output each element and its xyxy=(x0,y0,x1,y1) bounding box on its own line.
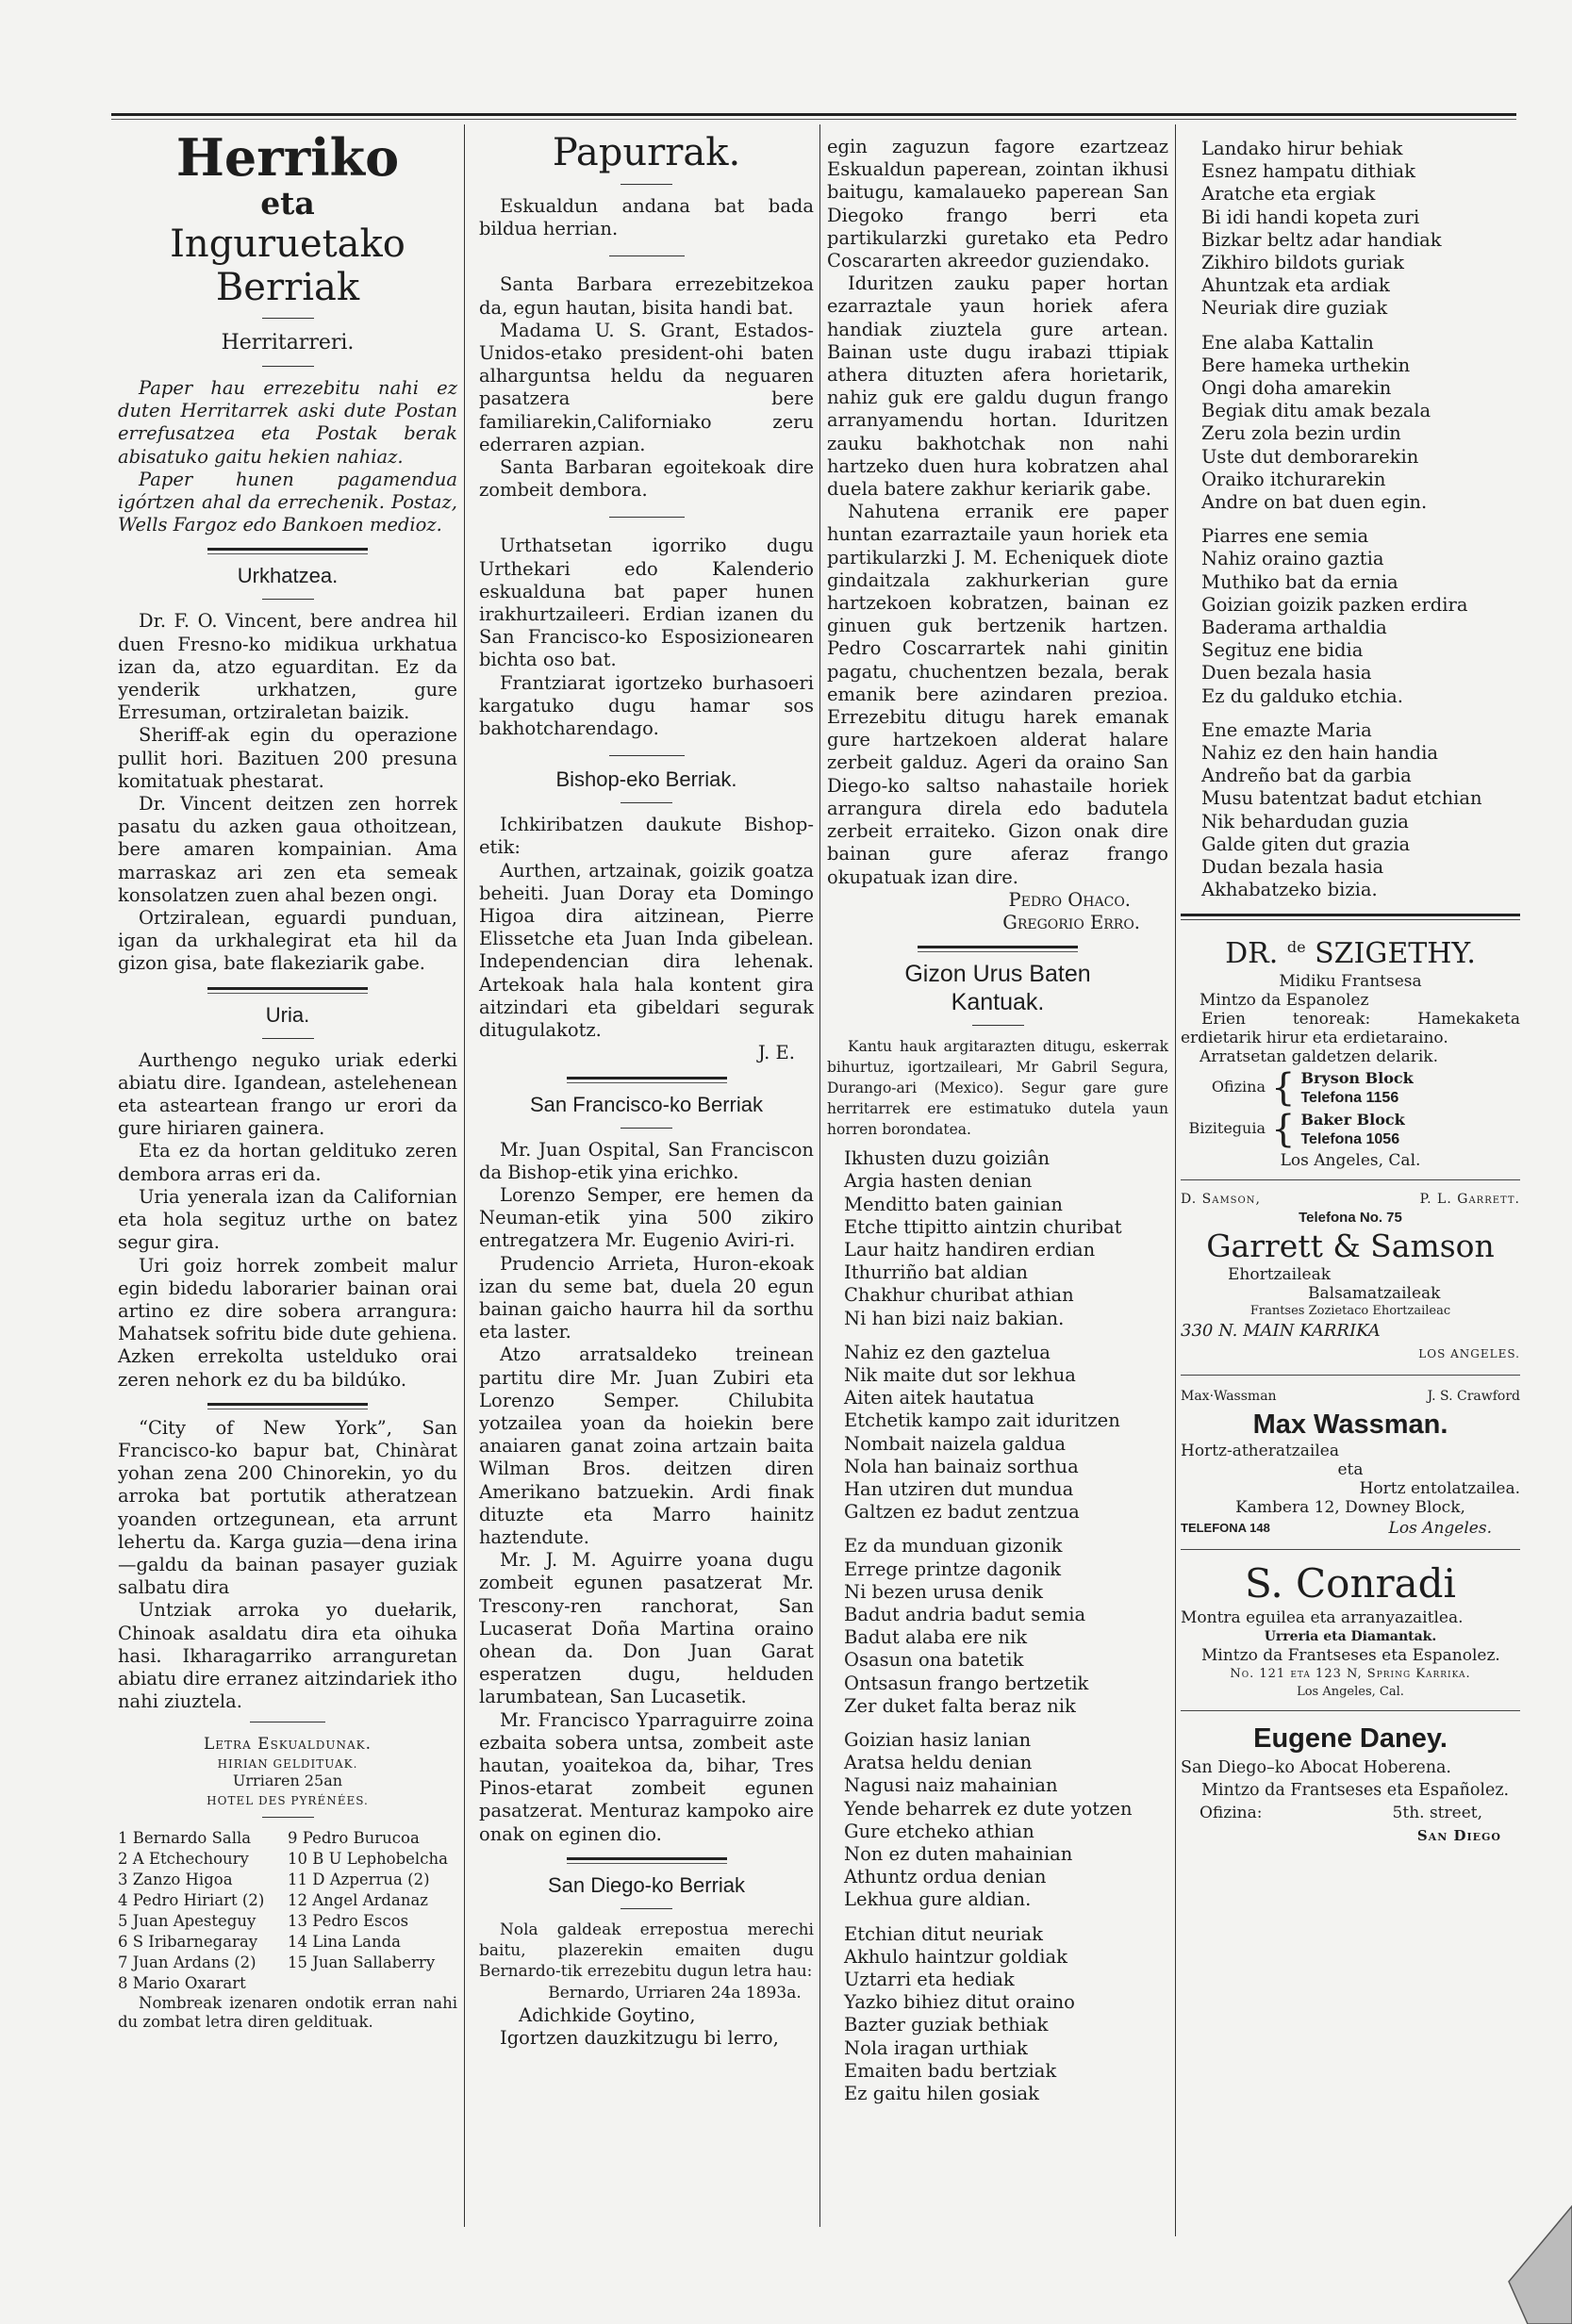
ad-title: DR. de SZIGETHY. xyxy=(1181,930,1520,972)
poem-line: Nola han bainaiz sorthua xyxy=(844,1456,1168,1478)
poem-line: Ez da munduan gizonik xyxy=(844,1535,1168,1558)
paragraph: Eskualdun andana bat bada bildua herrian… xyxy=(479,195,814,240)
section-heading: Kantuak. xyxy=(827,988,1168,1016)
poem-line: Landako hirur behiak xyxy=(1201,138,1520,160)
paragraph: Untziak arroka yo duełarik, Chinoak asal… xyxy=(118,1599,457,1713)
home-label: Biziteguia xyxy=(1181,1117,1271,1140)
poem-line: Bizkar beltz adar handiak xyxy=(1201,229,1520,252)
top-rule xyxy=(111,113,1516,116)
list-item: 5 Juan Apesteguy xyxy=(118,1911,288,1932)
poem-line: Goizian goizik pazken erdira xyxy=(1201,594,1520,617)
ad-eugene-daney: Eugene Daney. San Diego–ko Abocat Hobere… xyxy=(1181,1721,1520,1847)
poem-line: Yende beharrek ez dute yotzen xyxy=(844,1798,1168,1821)
poem-line: Aratsa heldu denian xyxy=(844,1752,1168,1774)
ad-szigethy: DR. de SZIGETHY. Midiku Frantsesa Mintzo… xyxy=(1181,930,1520,1170)
column-1: Herriko eta Inguruetako Berriak Herritar… xyxy=(118,124,457,2032)
signature: Gregorio Erro. xyxy=(827,912,1140,934)
double-divider xyxy=(567,1077,727,1083)
ad-line: Mintzo da Frantseses eta Espanolez. xyxy=(1181,1646,1520,1665)
divider xyxy=(1181,1179,1520,1180)
poem-line: Nombait naizela galdua xyxy=(844,1433,1168,1456)
ad-garrett-samson: D. Samson, P. L. Garrett. Telefona No. 7… xyxy=(1181,1190,1520,1365)
paragraph: Lorenzo Semper, ere hemen da Neuman-etik… xyxy=(479,1184,814,1253)
poem-line: Duen bezala hasia xyxy=(1201,662,1520,684)
stanza: Etchian ditut neuriak Akhulo haintzur go… xyxy=(844,1923,1168,2106)
ad-city: Los Angeles, Cal. xyxy=(1181,1684,1520,1701)
poem-line: Goizian hasiz lanian xyxy=(844,1729,1168,1752)
stanza: Ene alaba Kattalin Bere hameka urthekin … xyxy=(1201,332,1520,515)
poem-line: Piarres ene semia xyxy=(1201,525,1520,548)
brace-icon: { xyxy=(1271,1069,1300,1107)
ad-phone: Telefona No. 75 xyxy=(1181,1209,1520,1228)
paragraph: Mr. Juan Ospital, San Franciscon da Bish… xyxy=(479,1139,814,1184)
divider xyxy=(262,599,314,600)
hotel-name: HOTEL DES PYRÉNÉES. xyxy=(118,1793,457,1808)
ad-line: Arratsetan galdetzen delarik. xyxy=(1181,1047,1520,1066)
paragraph: Uri goiz horrek zombeit malur egin bided… xyxy=(118,1255,457,1392)
poem-line: Ni bezen urusa denik xyxy=(844,1581,1168,1604)
list-item: 13 Pedro Escos xyxy=(288,1911,457,1932)
office-label: Ofizina xyxy=(1181,1076,1271,1098)
poem-line: Ene emazte Maria xyxy=(1201,719,1520,742)
ad-line: Balsamatzaileak xyxy=(1181,1284,1520,1303)
office-city: San Diego xyxy=(1181,1824,1520,1847)
poem-line: Yazko bihiez ditut oraino xyxy=(844,1991,1168,2014)
divider xyxy=(621,1128,672,1129)
subheading: HIRIAN GELDITUAK. xyxy=(118,1756,457,1772)
poem-line: Argia hasten denian xyxy=(844,1170,1168,1193)
poem-line: Neuriak dire guziak xyxy=(1201,297,1520,320)
poem-line: Ene alaba Kattalin xyxy=(1201,332,1520,354)
letters-list: 1 Bernardo Salla 2 A Etchechoury 3 Zanzo… xyxy=(118,1828,457,1994)
stanza: Ez da munduan gizonik Errege printze dag… xyxy=(844,1535,1168,1718)
ad-name-left: Max·Wassman xyxy=(1181,1385,1277,1408)
poem-line: Etchetik kampo zait iduritzen xyxy=(844,1409,1168,1432)
home-info: Biziteguia { Baker Block Telefona 1056 xyxy=(1181,1110,1520,1149)
divider xyxy=(972,1025,1024,1026)
poem-line: Athuntz ordua denian xyxy=(844,1866,1168,1888)
signature: Pedro Ohaco. xyxy=(827,889,1131,912)
section-heading: Urkhatzea. xyxy=(118,562,457,590)
poem-line: Bi idi handi kopeta zuri xyxy=(1201,206,1520,229)
double-divider xyxy=(207,987,368,994)
list-item: 12 Angel Ardanaz xyxy=(288,1890,457,1911)
masthead-eta: eta xyxy=(118,187,457,221)
ad-title-part: de xyxy=(1287,938,1306,956)
paragraph: Madama U. S. Grant, Estados-Unidos-etako… xyxy=(479,320,814,456)
letters-list-left: 1 Bernardo Salla 2 A Etchechoury 3 Zanzo… xyxy=(118,1828,288,1994)
ad-title: Eugene Daney. xyxy=(1181,1721,1520,1756)
paragraph: Urthatsetan igorriko dugu Urthekari edo … xyxy=(479,535,814,671)
divider xyxy=(1181,1549,1520,1550)
paragraph: Nahutena erranik ere paper huntan ezarra… xyxy=(827,501,1168,888)
ad-address: No. 121 eta 123 N, Spring Karrika. xyxy=(1181,1665,1520,1684)
list-item: 15 Juan Sallaberry xyxy=(288,1953,457,1973)
ad-line: Mintzo da Espanolez xyxy=(1181,991,1520,1010)
letters-list-right: 9 Pedro Burucoa 10 B U Lephobelcha 11 D … xyxy=(288,1828,457,1994)
list-item: 8 Mario Oxarart xyxy=(118,1973,288,1994)
ad-line: San Diego–ko Abocat Hoberena. xyxy=(1181,1756,1520,1779)
poem-line: Zeru zola bezin urdin xyxy=(1201,422,1520,445)
ad-contact: TELEFONA 148 Los Angeles. xyxy=(1181,1517,1520,1540)
stanza: Ikhusten duzu goiziân Argia hasten denia… xyxy=(844,1147,1168,1330)
section-heading: Herritarreri. xyxy=(118,329,457,357)
poem-line: Musu batentzat badut etchian xyxy=(1201,787,1520,810)
divider xyxy=(609,255,685,256)
paragraph: Mr. J. M. Aguirre yoana dugu zombeit egu… xyxy=(479,1549,814,1708)
paragraph: Aurthen, artzainak, goizik goatza beheit… xyxy=(479,860,814,1043)
poem-line: Begiak ditu amak bezala xyxy=(1201,400,1520,422)
poem-line: Lekhua gure aldian. xyxy=(844,1888,1168,1911)
section-heading: Bishop-eko Berriak. xyxy=(479,766,814,794)
list-item: 10 B U Lephobelcha xyxy=(288,1849,457,1870)
paragraph: Aurthengo neguko uriak ederki abiatu dir… xyxy=(118,1049,457,1141)
paragraph: Frantziarat igortzeko burhasoeri kargatu… xyxy=(479,672,814,741)
ad-line: Hortz entolatzailea. xyxy=(1181,1479,1520,1498)
list-item: 3 Zanzo Higoa xyxy=(118,1870,288,1890)
list-item: 7 Juan Ardans (2) xyxy=(118,1953,288,1973)
divider xyxy=(621,802,672,803)
poem-line: Andre on bat duen egin. xyxy=(1201,491,1520,514)
poem-line: Aiten aitek hautatua xyxy=(844,1387,1168,1409)
poem-line: Zikhiro bildots guriak xyxy=(1201,252,1520,274)
poem-line: Non ez duten mahainian xyxy=(844,1843,1168,1866)
poem-line: Ni han bizi naiz bakian. xyxy=(844,1308,1168,1330)
poem-line: Galde giten dut grazia xyxy=(1201,833,1520,856)
office-address: Bryson Block xyxy=(1300,1068,1413,1088)
paragraph: Uria yenerala izan da Californian eta ho… xyxy=(118,1186,457,1255)
ad-title-part: SZIGETHY. xyxy=(1315,937,1476,970)
paragraph: Paper hunen pagamendua igórtzen ahal da … xyxy=(118,469,457,537)
ad-phone: TELEFONA 148 xyxy=(1181,1517,1270,1540)
office-values: Bryson Block Telefona 1156 xyxy=(1300,1068,1413,1108)
ad-line: Ehortzaileak xyxy=(1181,1265,1520,1284)
poem-line: Emaiten badu bertziak xyxy=(844,2060,1168,2083)
office-street: 5th. street, xyxy=(1393,1802,1520,1824)
paragraph: Santa Barbara errezebitzekoa da, egun ha… xyxy=(479,273,814,319)
home-phone: Telefona 1056 xyxy=(1300,1129,1404,1149)
double-divider xyxy=(567,1857,727,1864)
home-address: Baker Block xyxy=(1300,1110,1404,1129)
poem-line: Menditto baten gainian xyxy=(844,1194,1168,1216)
paragraph: Dr. F. O. Vincent, bere andrea hil duen … xyxy=(118,610,457,724)
poem-line: Badut alaba ere nik xyxy=(844,1626,1168,1649)
poem-line: Bere hameka urthekin xyxy=(1201,354,1520,377)
list-item: 9 Pedro Burucoa xyxy=(288,1828,457,1849)
ad-address: 330 N. MAIN KARRIKA xyxy=(1181,1320,1520,1343)
poem-line: Aratche eta ergiak xyxy=(1201,183,1520,206)
poem-line: Nahiz oraino gaztia xyxy=(1201,548,1520,570)
section-heading: Gizon Urus Baten xyxy=(827,960,1168,988)
column-divider xyxy=(819,124,820,2227)
ad-line: Urreria eta Diamantak. xyxy=(1181,1627,1520,1646)
page-corner-fold-icon xyxy=(1471,2187,1572,2324)
poem-line: Baderama arthaldia xyxy=(1201,617,1520,639)
masthead-subtitle: Inguruetako Berriak xyxy=(118,223,457,309)
divider xyxy=(609,755,685,756)
poem-line: Gure etcheko athian xyxy=(844,1821,1168,1843)
paragraph: Iduritzen zauku paper hortan ezarraztale… xyxy=(827,272,1168,501)
column-divider xyxy=(1175,124,1176,2236)
ad-line: Mintzo da Frantseses eta Españolez. xyxy=(1181,1779,1520,1802)
divider xyxy=(262,366,314,367)
section-heading: Uria. xyxy=(118,1001,457,1030)
stanza: Landako hirur behiak Esnez hampatu dithi… xyxy=(1201,138,1520,321)
office-label: Ofizina: xyxy=(1200,1802,1262,1824)
paragraph: Paper hau errezebitu nahi ez duten Herri… xyxy=(118,377,457,469)
poem-line: Ez gaitu hilen gosiak xyxy=(844,2083,1168,2105)
poem-line: Esnez hampatu dithiak xyxy=(1201,160,1520,183)
poem-line: Han utziren dut mundua xyxy=(844,1478,1168,1501)
poem-line: Ontsasun frango bertzetik xyxy=(844,1673,1168,1695)
stanza: Ene emazte Maria Nahiz ez den hain handi… xyxy=(1201,719,1520,902)
poem-line: Muthiko bat da ernia xyxy=(1201,571,1520,594)
list-item: 6 S Iribarnegaray xyxy=(118,1932,288,1953)
paragraph: “City of New York”, San Francisco-ko bap… xyxy=(118,1417,457,1600)
paragraph: Prudencio Arrieta, Huron-ekoak izan du s… xyxy=(479,1253,814,1344)
top-rule-thin xyxy=(111,119,1516,120)
paragraph: Eta ez da hortan geldituko zeren dembora… xyxy=(118,1140,457,1185)
office-phone: Telefona 1156 xyxy=(1300,1088,1413,1108)
poem-line: Nola iragan urthiak xyxy=(844,2037,1168,2060)
paragraph: Santa Barbaran egoitekoak dire zombeit d… xyxy=(479,456,814,502)
poem-line: Dudan bezala hasia xyxy=(1201,856,1520,879)
ad-title-part: DR. xyxy=(1225,937,1278,970)
section-heading: Letra Eskualdunak. xyxy=(118,1733,457,1755)
ad-address: Kambera 12, Downey Block, xyxy=(1181,1498,1520,1517)
divider xyxy=(1181,1710,1520,1711)
ad-names: D. Samson, P. L. Garrett. xyxy=(1181,1190,1520,1209)
salutation: Adichkide Goytino, xyxy=(519,2004,814,2027)
poem-line: Ikhusten duzu goiziân xyxy=(844,1147,1168,1170)
poem-line: Ithurriño bat aldian xyxy=(844,1261,1168,1284)
ad-line: Erien tenoreak: Hamekaketa erdietarik hi… xyxy=(1181,1010,1520,1047)
poem-line: Ez du galduko etchia. xyxy=(1201,685,1520,708)
poem-line: Uztarri eta hediak xyxy=(844,1969,1168,1991)
column-4: Landako hirur behiak Esnez hampatu dithi… xyxy=(1181,124,1520,1847)
ad-line: Frantses Zozietaco Ehortzaileac xyxy=(1181,1303,1520,1320)
dateline: Bernardo, Urriaren 24a 1893a. xyxy=(536,1982,814,2004)
signature: J. E. xyxy=(479,1042,795,1064)
divider xyxy=(1181,1375,1520,1376)
ad-title: Max Wassman. xyxy=(1181,1408,1520,1442)
note: Nombreak izenaren ondotik erran nahi du … xyxy=(118,1994,457,2032)
home-values: Baker Block Telefona 1056 xyxy=(1300,1110,1404,1149)
poem-line: Errege printze dagonik xyxy=(844,1558,1168,1581)
poem-line: Nik maite dut sor lekhua xyxy=(844,1364,1168,1387)
poem-line: Akhabatzeko bizia. xyxy=(1201,879,1520,901)
poem-line: Badut andria badut semia xyxy=(844,1604,1168,1626)
newspaper-page: Herriko eta Inguruetako Berriak Herritar… xyxy=(0,0,1572,2324)
double-divider xyxy=(918,946,1078,952)
poem: Ikhusten duzu goiziân Argia hasten denia… xyxy=(844,1147,1168,2105)
date: Urriaren 25an xyxy=(118,1772,457,1790)
list-item: 4 Pedro Hiriart (2) xyxy=(118,1890,288,1911)
ad-line: eta xyxy=(1181,1460,1520,1479)
ad-office: Ofizina: 5th. street, xyxy=(1181,1802,1520,1824)
paragraph: Atzo arratsaldeko treinean partitu dire … xyxy=(479,1343,814,1549)
paragraph: egin zaguzun fagore ezartzeaz Eskualdun … xyxy=(827,136,1168,272)
paragraph: Nola galdeak errepostua merechi baitu, p… xyxy=(479,1920,814,1982)
poem-line: Osasun ona batetik xyxy=(844,1649,1168,1672)
ad-name-right: P. L. Garrett. xyxy=(1420,1190,1520,1209)
poem-line: Nahiz ez den gaztelua xyxy=(844,1342,1168,1364)
double-divider xyxy=(207,548,368,554)
poem-line: Bazter guziak bethiak xyxy=(844,2014,1168,2036)
list-item: 14 Lina Landa xyxy=(288,1932,457,1953)
divider xyxy=(262,1817,314,1818)
list-item: 11 D Azperrua (2) xyxy=(288,1870,457,1890)
list-item: 1 Bernardo Salla xyxy=(118,1828,288,1849)
divider xyxy=(621,1908,672,1909)
poem-line: Uste dut demborarekin xyxy=(1201,446,1520,469)
poem-line: Segituz ene bidia xyxy=(1201,639,1520,662)
ad-max-wassman: Max·Wassman J. S. Crawford Max Wassman. … xyxy=(1181,1385,1520,1540)
divider xyxy=(609,517,685,518)
column-2: Papurrak. Eskualdun andana bat bada bild… xyxy=(479,124,814,2050)
column-divider xyxy=(464,124,465,2227)
ad-city: Los Angeles. xyxy=(1389,1517,1520,1540)
poem-line: Chakhur churibat athian xyxy=(844,1284,1168,1307)
stanza: Nahiz ez den gaztelua Nik maite dut sor … xyxy=(844,1342,1168,1525)
paragraph: Igortzen dauzkitzugu bi lerro, xyxy=(500,2027,814,2050)
poem-line: Laur haitz handiren erdian xyxy=(844,1239,1168,1261)
divider xyxy=(621,184,672,185)
section-heading: Papurrak. xyxy=(479,130,814,175)
ad-line: Montra eguilea eta arranyazaitlea. xyxy=(1181,1608,1520,1627)
stanza: Goizian hasiz lanian Aratsa heldu denian… xyxy=(844,1729,1168,1912)
poem-line: Ongi doha amarekin xyxy=(1201,377,1520,400)
ad-title: S. Conradi xyxy=(1181,1559,1520,1608)
poem-line: Etchian ditut neuriak xyxy=(844,1923,1168,1946)
ad-line: Hortz-atheratzailea xyxy=(1181,1442,1520,1460)
divider xyxy=(262,318,314,319)
paragraph: Ortziralean, eguardi punduan, igan da ur… xyxy=(118,907,457,976)
ad-names: Max·Wassman J. S. Crawford xyxy=(1181,1385,1520,1408)
stanza: Piarres ene semia Nahiz oraino gaztia Mu… xyxy=(1201,525,1520,708)
ad-city: LOS ANGELES. xyxy=(1181,1343,1520,1365)
ad-title: Garrett & Samson xyxy=(1181,1228,1520,1265)
list-item: 2 A Etchechoury xyxy=(118,1849,288,1870)
poem-line: Oraiko itchurarekin xyxy=(1201,469,1520,491)
poem-line: Andreño bat da garbia xyxy=(1201,765,1520,787)
ad-city: Los Angeles, Cal. xyxy=(1181,1151,1520,1170)
divider xyxy=(250,1722,325,1722)
paragraph: Dr. Vincent deitzen zen horrek pasatu du… xyxy=(118,793,457,907)
poem-line: Ahuntzak eta ardiak xyxy=(1201,274,1520,297)
double-divider xyxy=(207,1403,368,1409)
poem-line: Nagusi naiz mahainian xyxy=(844,1774,1168,1797)
double-divider xyxy=(1181,914,1520,920)
ad-line: Midiku Frantsesa xyxy=(1181,972,1520,991)
section-heading: San Diego-ko Berriak xyxy=(479,1871,814,1900)
poem-continued: Landako hirur behiak Esnez hampatu dithi… xyxy=(1201,138,1520,902)
paragraph: Kantu hauk argitarazten ditugu, eskerrak… xyxy=(827,1036,1168,1140)
poem-line: Nahiz ez den hain handia xyxy=(1201,742,1520,765)
ad-name-right: J. S. Crawford xyxy=(1428,1385,1520,1408)
office-info: Ofizina { Bryson Block Telefona 1156 xyxy=(1181,1068,1520,1108)
masthead-title: Herriko xyxy=(118,130,457,185)
paragraph: Mr. Francisco Yparraguirre zoina ezbaita… xyxy=(479,1709,814,1846)
poem-line: Nik behardudan guzia xyxy=(1201,811,1520,833)
poem-line: Galtzen ez badut zentzua xyxy=(844,1501,1168,1524)
paragraph: Ichkiribatzen daukute Bishop-etik: xyxy=(479,814,814,859)
divider xyxy=(262,1038,314,1039)
poem-line: Akhulo haintzur goldiak xyxy=(844,1946,1168,1969)
ad-name-left: D. Samson, xyxy=(1181,1190,1261,1209)
column-3: egin zaguzun fagore ezartzeaz Eskualdun … xyxy=(827,124,1168,2117)
brace-icon: { xyxy=(1271,1111,1300,1148)
poem-line: Zer duket falta beraz nik xyxy=(844,1695,1168,1718)
poem-line: Etche ttipitto aintzin churibat xyxy=(844,1216,1168,1239)
section-heading: San Francisco-ko Berriak xyxy=(479,1091,814,1119)
paragraph: Sheriff-ak egin du operazione pullit hor… xyxy=(118,724,457,793)
ad-conradi: S. Conradi Montra eguilea eta arranyazai… xyxy=(1181,1559,1520,1701)
